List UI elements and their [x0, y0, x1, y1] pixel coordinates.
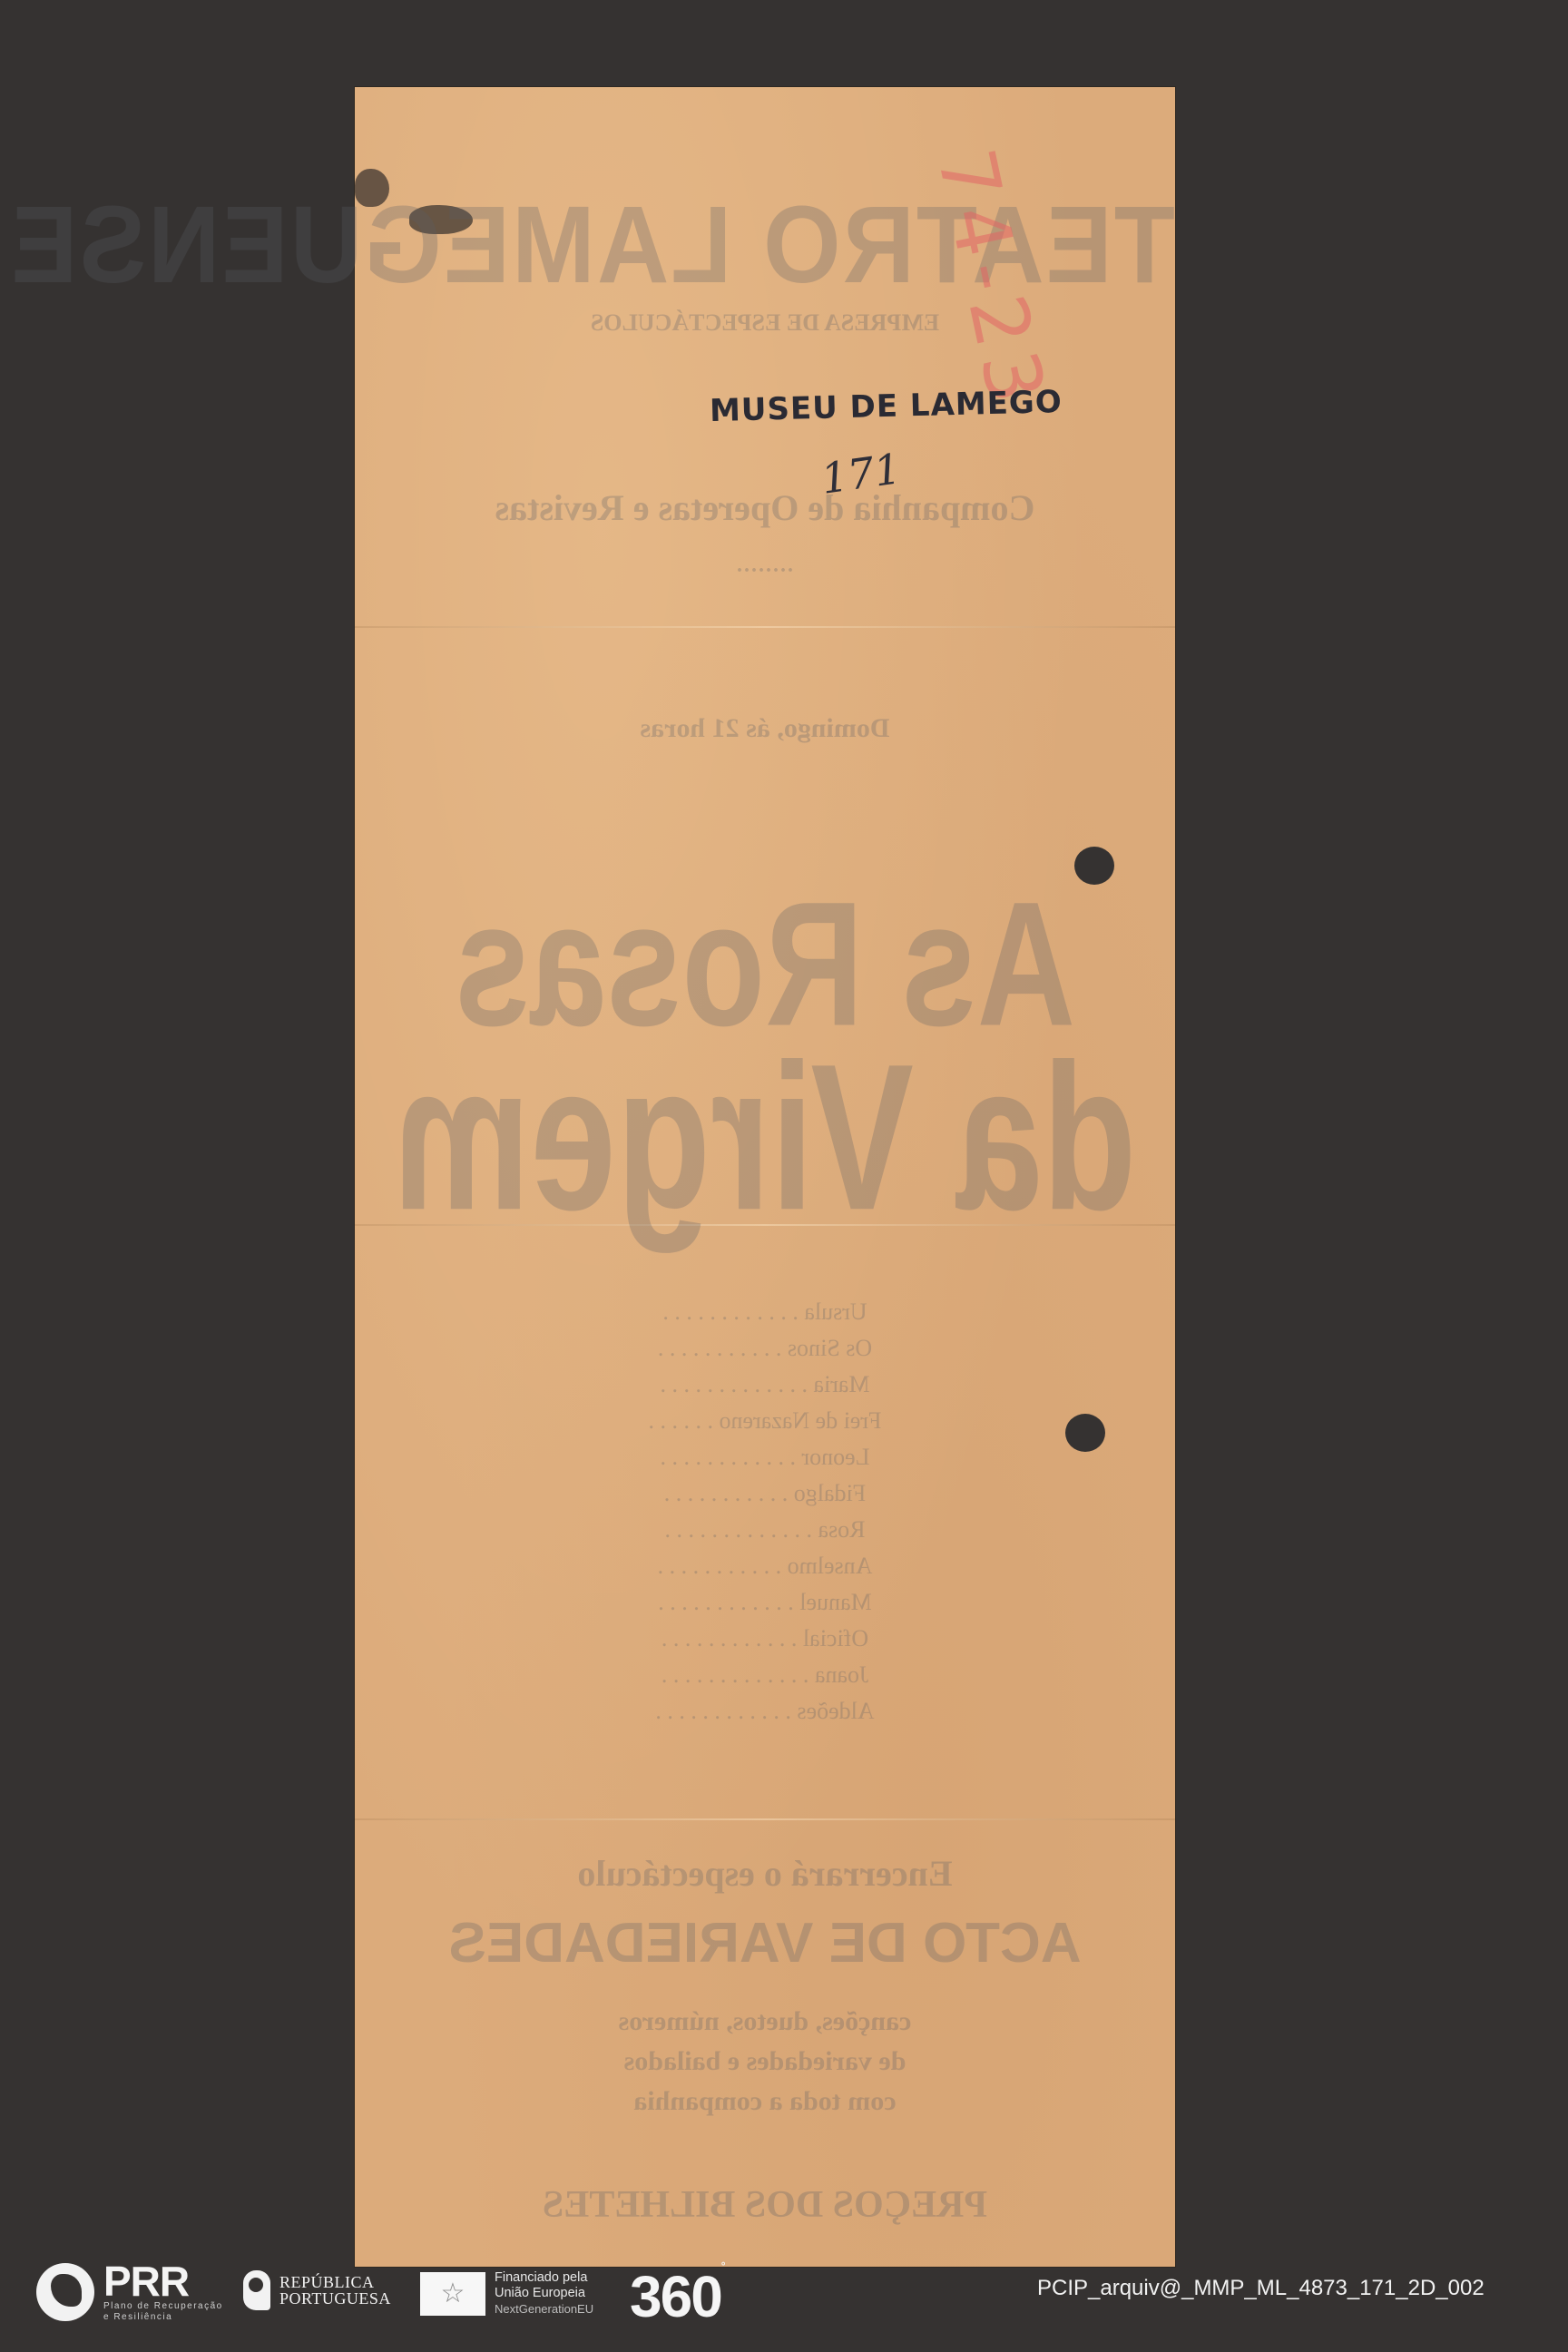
brand-360-logo: 360°	[630, 2263, 724, 2330]
bleed-through-prices: PREÇOS DOS BILHETES	[355, 2183, 1175, 2227]
bleed-through-line: ········	[355, 559, 1175, 583]
eu-line-3: NextGenerationEU	[495, 2301, 593, 2317]
republica-line-2: PORTUGUESA	[279, 2290, 391, 2307]
prr-title: PRR	[103, 2261, 223, 2301]
eu-line-2: União Europeia	[495, 2286, 593, 2301]
eu-logo-group: ☆ Financiado pela União Europeia NextGen…	[420, 2270, 593, 2317]
bleed-through-headline-2: da Virgem	[355, 1018, 1175, 1259]
brand-360-degree: °	[721, 2259, 724, 2272]
republica-logo-group: REPÚBLICA PORTUGUESA	[243, 2270, 391, 2310]
bleed-through-variety-details: canções, duetos, números de variedades e…	[355, 2002, 1175, 2122]
eu-line-1: Financiado pela	[495, 2270, 593, 2286]
brand-360-text: 360	[630, 2264, 721, 2329]
bleed-through-variety-intro: Encerrará o espectáculo	[355, 1852, 1175, 1895]
fold-line	[355, 626, 1175, 628]
archive-identifier: PCIP_arquiv@_MMP_ML_4873_171_2D_002	[1037, 2276, 1485, 2301]
prr-logo-icon	[36, 2263, 94, 2321]
prr-subtitle-1: Plano de Recuperação	[103, 2301, 223, 2312]
prr-logo-group: PRR Plano de Recuperação e Resiliência	[36, 2261, 223, 2323]
prr-subtitle-2: e Resiliência	[103, 2312, 223, 2323]
bleed-through-date: Domingo, ás 21 horas	[355, 713, 1175, 744]
eu-flag-icon: ☆	[420, 2272, 485, 2316]
footer-bar: PRR Plano de Recuperação e Resiliência R…	[0, 2250, 1568, 2352]
fold-line	[355, 1818, 1175, 1820]
bleed-through-variety-title: ACTO DE VARIEDADES	[355, 1911, 1175, 1975]
bleed-through-title: TEATRO LAMEGUENSE	[355, 181, 1175, 309]
bleed-through-subtitle: EMPRESA DE ESPECTÁCULOS	[355, 309, 1175, 337]
bleed-through-company: Companhia de Operetas e Revistas	[355, 486, 1175, 529]
republica-line-1: REPÚBLICA	[279, 2274, 391, 2290]
republica-emblem-icon	[243, 2270, 270, 2310]
bleed-through-cast-list: Ursula . . . . . . . . . . . . Os Sinos …	[355, 1294, 1175, 1730]
